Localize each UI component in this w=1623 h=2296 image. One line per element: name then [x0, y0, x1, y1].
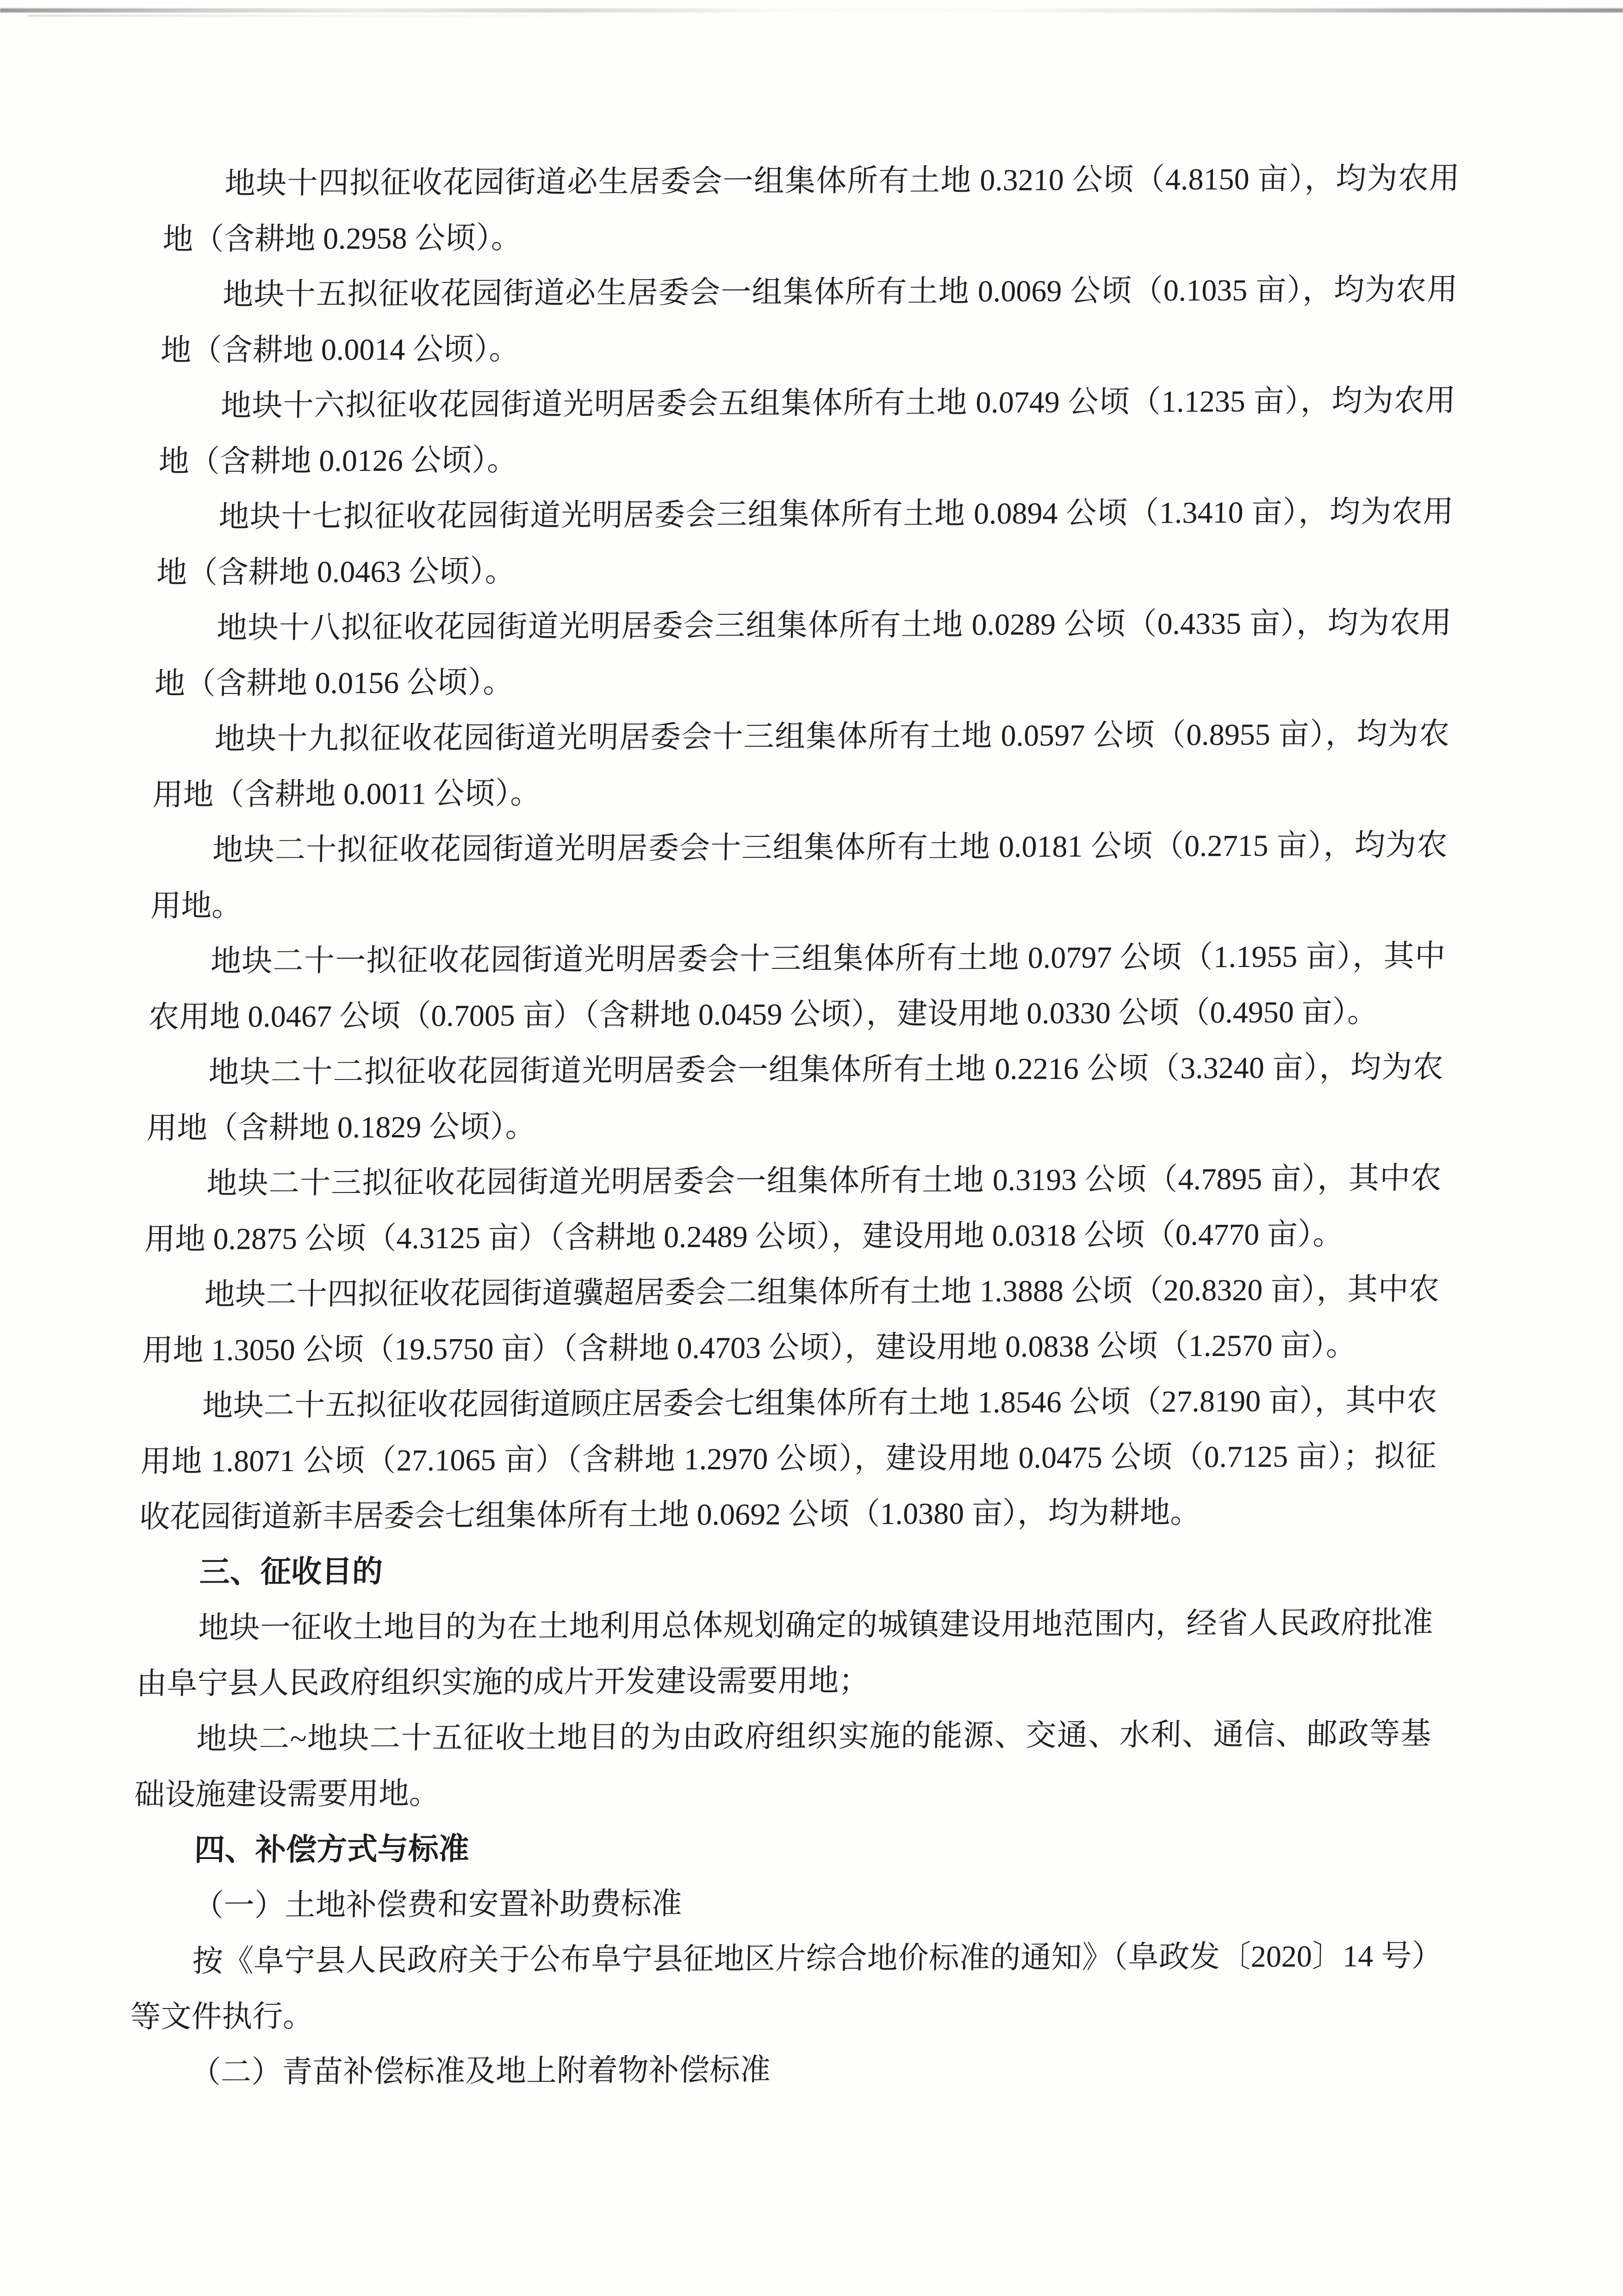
section-heading-expropriation-purpose: 三、征收目的 [138, 1540, 1435, 1601]
parcel-paragraph-15: 地块十五拟征收花园街道必生居委会一组集体所有土地 0.0069 公顷（0.103… [160, 262, 1458, 379]
scan-streak-artifact [0, 8, 1623, 12]
parcel-paragraph-18: 地块十八拟征收花园街道光明居委会三组集体所有土地 0.0289 公顷（0.433… [154, 595, 1452, 712]
parcel-paragraph-24: 地块二十四拟征收花园街道骥超居委会二组集体所有土地 1.3888 公顷（20.8… [142, 1262, 1440, 1379]
parcel-paragraph-19: 地块十九拟征收花园街道光明居委会十三组集体所有土地 0.0597 公顷（0.89… [152, 706, 1450, 823]
section-heading-compensation: 四、补偿方式与标准 [133, 1817, 1430, 1878]
parcel-paragraph-22: 地块二十二拟征收花园街道光明居委会一组集体所有土地 0.2216 公顷（3.32… [146, 1040, 1443, 1156]
parcel-paragraph-21: 地块二十一拟征收花园街道光明居委会十三组集体所有土地 0.0797 公顷（1.1… [148, 929, 1446, 1045]
purpose-parcels-2-to-25: 地块二~地块二十五征收土地目的为由政府组织实施的能源、交通、水利、通信、邮政等基… [134, 1706, 1431, 1823]
parcel-paragraph-25: 地块二十五拟征收花园街道顾庄居委会七组集体所有土地 1.8546 公顷（27.8… [139, 1373, 1438, 1545]
notice-reference: 按《阜宁县人民政府关于公布阜宁县征地区片综合地价标准的通知》（阜政发〔2020〕… [130, 1928, 1427, 2045]
purpose-parcel-1: 地块一征收土地目的为在土地利用总体规划确定的城镇建设用地范围内，经省人民政府批准… [136, 1595, 1433, 1712]
parcel-paragraph-20: 地块二十拟征收花园街道光明居委会十三组集体所有土地 0.0181 公顷（0.27… [150, 817, 1448, 934]
document-page: 地块十四拟征收花园街道必生居委会一组集体所有土地 0.3210 公顷（4.815… [0, 0, 1623, 2296]
scan-streak-artifact-secondary [28, 15, 722, 17]
parcel-paragraph-14: 地块十四拟征收花园街道必生居委会一组集体所有土地 0.3210 公顷（4.815… [162, 151, 1460, 268]
parcel-paragraph-16: 地块十六拟征收花园街道光明居委会五组集体所有土地 0.0749 公顷（1.123… [158, 373, 1456, 490]
document-content: 地块十四拟征收花园街道必生居委会一组集体所有土地 0.3210 公顷（4.815… [129, 151, 1460, 2101]
parcel-paragraph-23: 地块二十三拟征收花园街道光明居委会一组集体所有土地 0.3193 公顷（4.78… [144, 1151, 1442, 1267]
item-2-seedling-attachment-standard: （二）青苗补偿标准及地上附着物补偿标准 [129, 2040, 1425, 2101]
item-1-land-compensation-standard: （一）土地补偿费和安置补助费标准 [132, 1873, 1429, 1934]
parcel-paragraph-17: 地块十七拟征收花园街道光明居委会三组集体所有土地 0.0894 公顷（1.341… [156, 484, 1454, 601]
